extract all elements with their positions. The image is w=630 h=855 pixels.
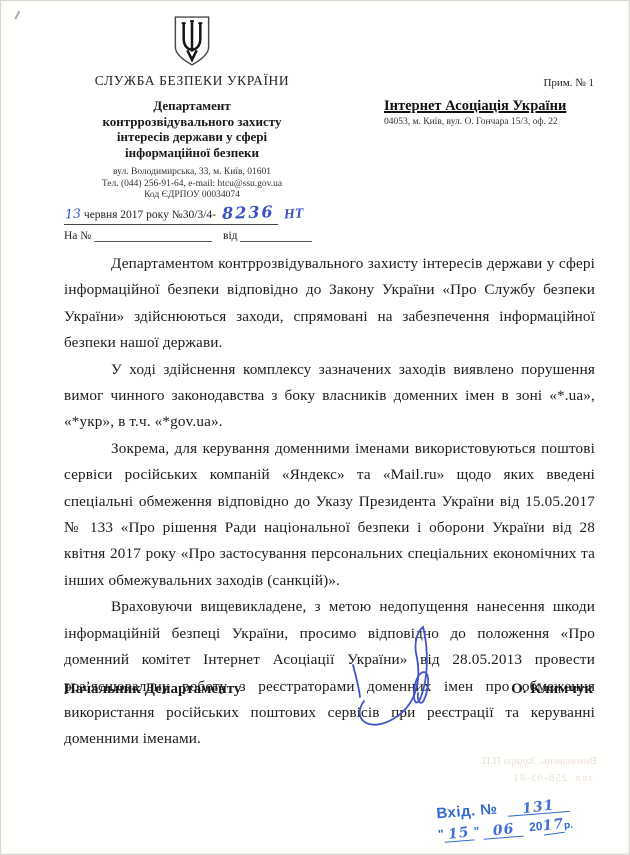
- paragraph: Враховуючи вищевикладене, з метою недопу…: [64, 594, 595, 752]
- paragraph: У ході здійснення комплексу зазначених з…: [64, 357, 595, 436]
- printed-date: червня 2017 року №30/3/4-: [84, 209, 216, 221]
- recipient-address: 04053, м. Київ, вул. О. Гончара 15/3, оф…: [384, 117, 599, 127]
- incoming-stamp: Вхід. № 131 "15"062017р.: [436, 791, 624, 843]
- stamp-handwritten-day: 15: [447, 824, 470, 843]
- stamp-handwritten-number: 131: [521, 797, 555, 817]
- stamp-handwritten-year: 17: [542, 816, 566, 836]
- reply-label: На №: [64, 230, 91, 242]
- department-line: контррозвідувального захисту: [47, 114, 337, 130]
- incoming-reference-line: На № від: [64, 230, 312, 242]
- stamp-label: Вхід. №: [436, 801, 498, 823]
- outgoing-reference-line: 13червня 2017 року №30/3/4-8236НТ: [64, 203, 304, 225]
- scan-artifact: [14, 11, 25, 23]
- department-line: інформаційної безпеки: [47, 145, 337, 161]
- recipient-block: Інтернет Асоціація України 04053, м. Киї…: [384, 98, 599, 127]
- sender-edrpou-code: Код ЄДРПОУ 00034074: [47, 190, 337, 202]
- reply-from-label: від: [223, 230, 237, 242]
- handwritten-outgoing-number: 8236: [222, 202, 275, 223]
- bleedthrough-line: тел. 256-93-81: [389, 770, 593, 787]
- reply-date-blank: [240, 230, 312, 242]
- paragraph: Департаментом контррозвідувального захис…: [64, 251, 595, 357]
- letter-body: Департаментом контррозвідувального захис…: [64, 251, 595, 753]
- department-name: Департамент контррозвідувального захисту…: [47, 98, 337, 160]
- paragraph: Зокрема, для керування доменними іменами…: [64, 436, 595, 594]
- agency-name: СЛУЖБА БЕЗПЕКИ УКРАЇНИ: [47, 73, 337, 89]
- sender-address: вул. Володимирська, 33, м. Київ, 01601 Т…: [47, 167, 337, 202]
- reply-number-blank: [94, 230, 212, 242]
- scanned-letter-page: СЛУЖБА БЕЗПЕКИ УКРАЇНИ Департамент контр…: [0, 0, 630, 855]
- sender-block: СЛУЖБА БЕЗПЕКИ УКРАЇНИ Департамент контр…: [47, 13, 337, 202]
- handwritten-suffix: НТ: [284, 207, 304, 224]
- stamp-day-line: 15: [443, 824, 474, 842]
- copy-number-note: Прим. № 1: [543, 77, 594, 89]
- stamp-handwritten-month: 06: [492, 821, 515, 840]
- recipient-name: Інтернет Асоціація України: [384, 98, 599, 115]
- stamp-year-suffix: р.: [564, 820, 574, 832]
- ukraine-trident-coat-of-arms-icon: [172, 15, 212, 67]
- signer-title: Начальник Департаменту: [64, 681, 241, 698]
- handwritten-day: 13: [64, 205, 81, 221]
- signer-name: О. Климчук: [511, 681, 593, 698]
- stamp-number-line: 131: [507, 796, 570, 817]
- handwritten-signature: [331, 619, 461, 754]
- department-line: Департамент: [47, 98, 337, 114]
- stamp-month-line: 06: [483, 821, 524, 840]
- bleedthrough-line: Виконавець: Задира П.П.: [389, 753, 597, 770]
- signature-row: Начальник Департаменту О. Климчук: [64, 681, 593, 698]
- sender-phone-email: Тел. (044) 256-91-64, e-mail: htcu@ssu.g…: [47, 179, 337, 191]
- stamp-year-prefix: 20: [529, 819, 543, 834]
- department-line: інтересів держави у сфері: [47, 129, 337, 145]
- sender-street: вул. Володимирська, 33, м. Київ, 01601: [47, 167, 337, 179]
- stamp-quote-close: ": [473, 824, 480, 838]
- bleedthrough-text: Виконавець: Задира П.П. тел. 256-93-81: [389, 753, 597, 787]
